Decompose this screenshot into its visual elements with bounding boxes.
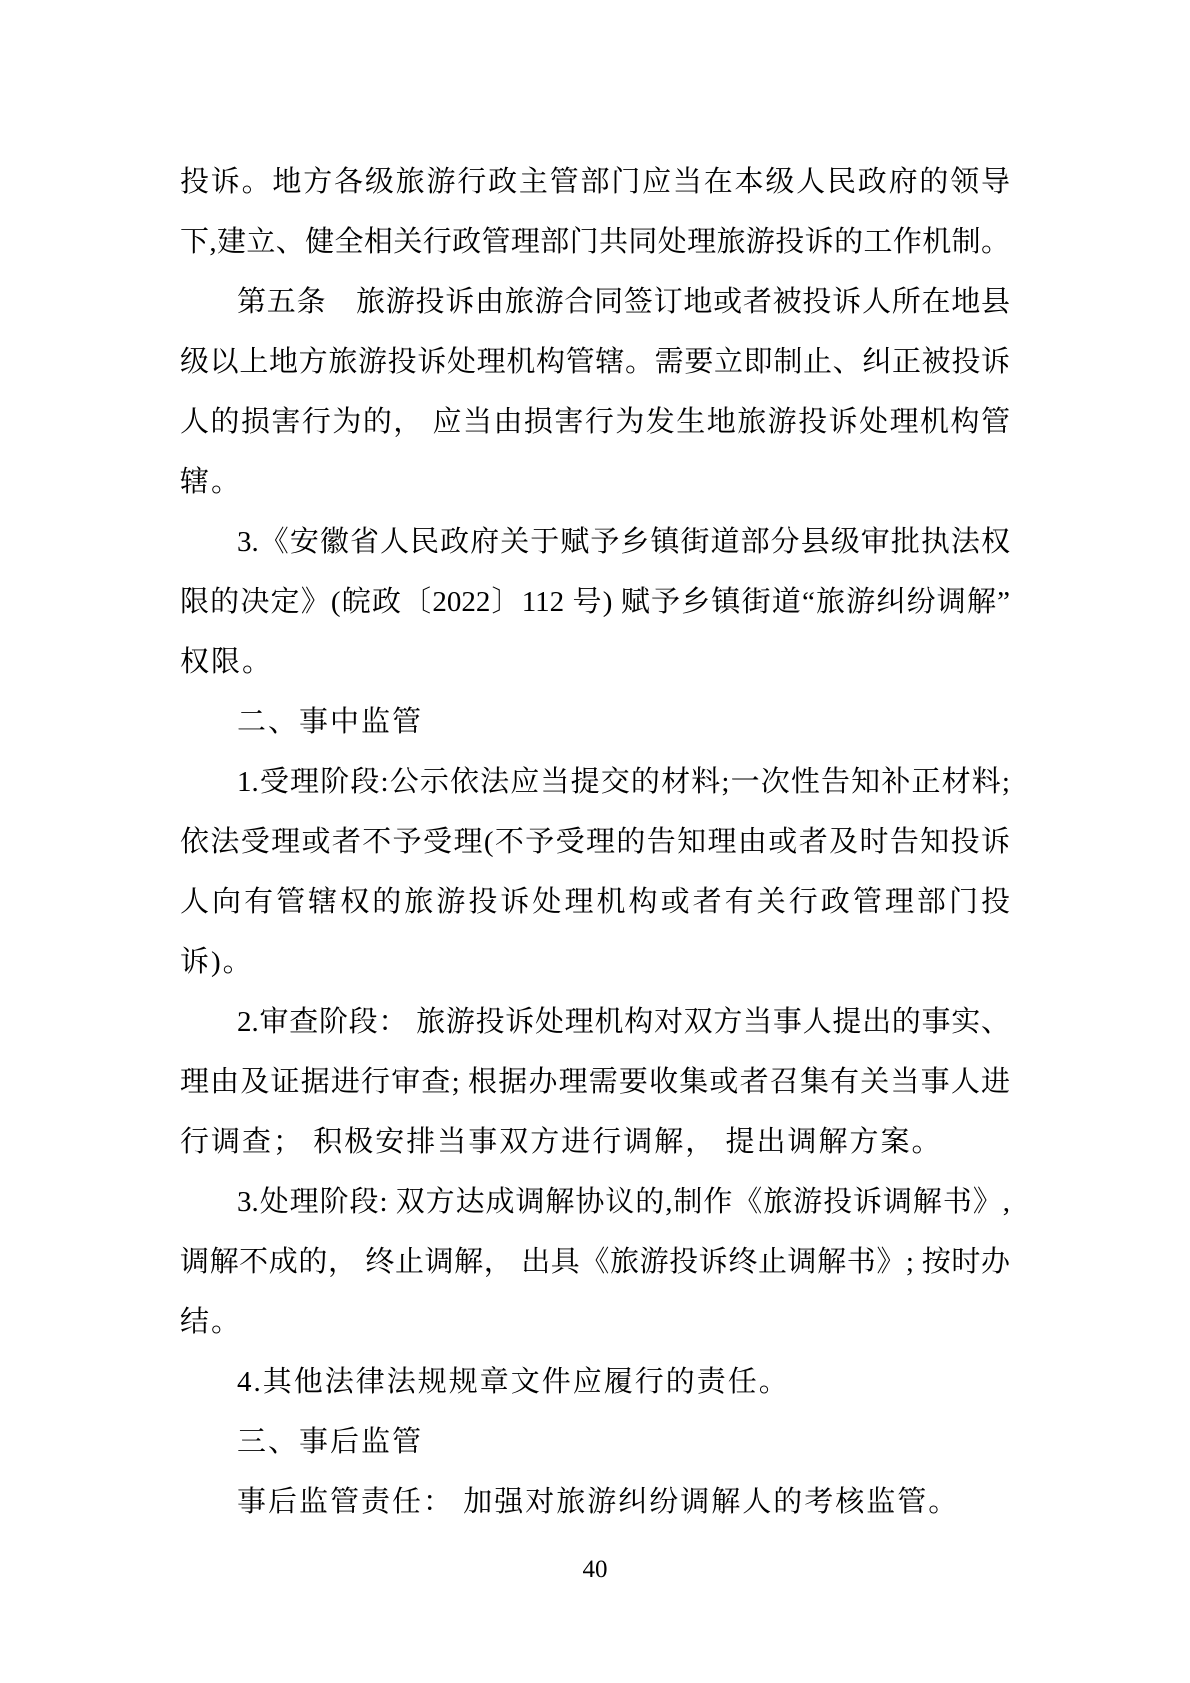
text-line: 权限。 (180, 632, 1010, 692)
text-line: 人向有管辖权的旅游投诉处理机构或者有关行政管理部门投 (180, 872, 1010, 932)
text-line: 理由及证据进行审查; 根据办理需要收集或者召集有关当事人进 (180, 1052, 1010, 1112)
text-line: 依法受理或者不予受理(不予受理的告知理由或者及时告知投诉 (180, 812, 1010, 872)
text-line: 二、事中监管 (180, 692, 1010, 752)
text-line: 事后监管责任： 加强对旅游纠纷调解人的考核监管。 (180, 1472, 1010, 1532)
text-line: 2.审查阶段： 旅游投诉处理机构对双方当事人提出的事实、 (180, 992, 1010, 1052)
text-line: 4.其他法律法规规章文件应履行的责任。 (180, 1352, 1010, 1412)
text-line: 人的损害行为的， 应当由损害行为发生地旅游投诉处理机构管 (180, 392, 1010, 452)
text-line: 限的决定》(皖政〔2022〕112 号) 赋予乡镇街道“旅游纠纷调解” (180, 572, 1010, 632)
text-line: 辖。 (180, 452, 1010, 512)
text-line: 1.受理阶段:公示依法应当提交的材料;一次性告知补正材料; (180, 752, 1010, 812)
text-line: 3.《安徽省人民政府关于赋予乡镇街道部分县级审批执法权 (180, 512, 1010, 572)
text-line: 三、事后监管 (180, 1412, 1010, 1472)
text-line: 结。 (180, 1292, 1010, 1352)
text-line: 下,建立、健全相关行政管理部门共同处理旅游投诉的工作机制。 (180, 212, 1010, 272)
page-number: 40 (0, 1554, 1190, 1586)
text-line: 3.处理阶段: 双方达成调解协议的,制作《旅游投诉调解书》, (180, 1172, 1010, 1232)
text-line: 级以上地方旅游投诉处理机构管辖。需要立即制止、纠正被投诉 (180, 332, 1010, 392)
text-line: 行调查； 积极安排当事双方进行调解， 提出调解方案。 (180, 1112, 1010, 1172)
text-line: 诉)。 (180, 932, 1010, 992)
text-line: 调解不成的， 终止调解， 出具《旅游投诉终止调解书》; 按时办 (180, 1232, 1010, 1292)
document-page: 投诉。地方各级旅游行政主管部门应当在本级人民政府的领导下,建立、健全相关行政管理… (0, 0, 1190, 1683)
text-line: 投诉。地方各级旅游行政主管部门应当在本级人民政府的领导 (180, 152, 1010, 212)
document-body: 投诉。地方各级旅游行政主管部门应当在本级人民政府的领导下,建立、健全相关行政管理… (180, 152, 1010, 1532)
text-line: 第五条 旅游投诉由旅游合同签订地或者被投诉人所在地县 (180, 272, 1010, 332)
